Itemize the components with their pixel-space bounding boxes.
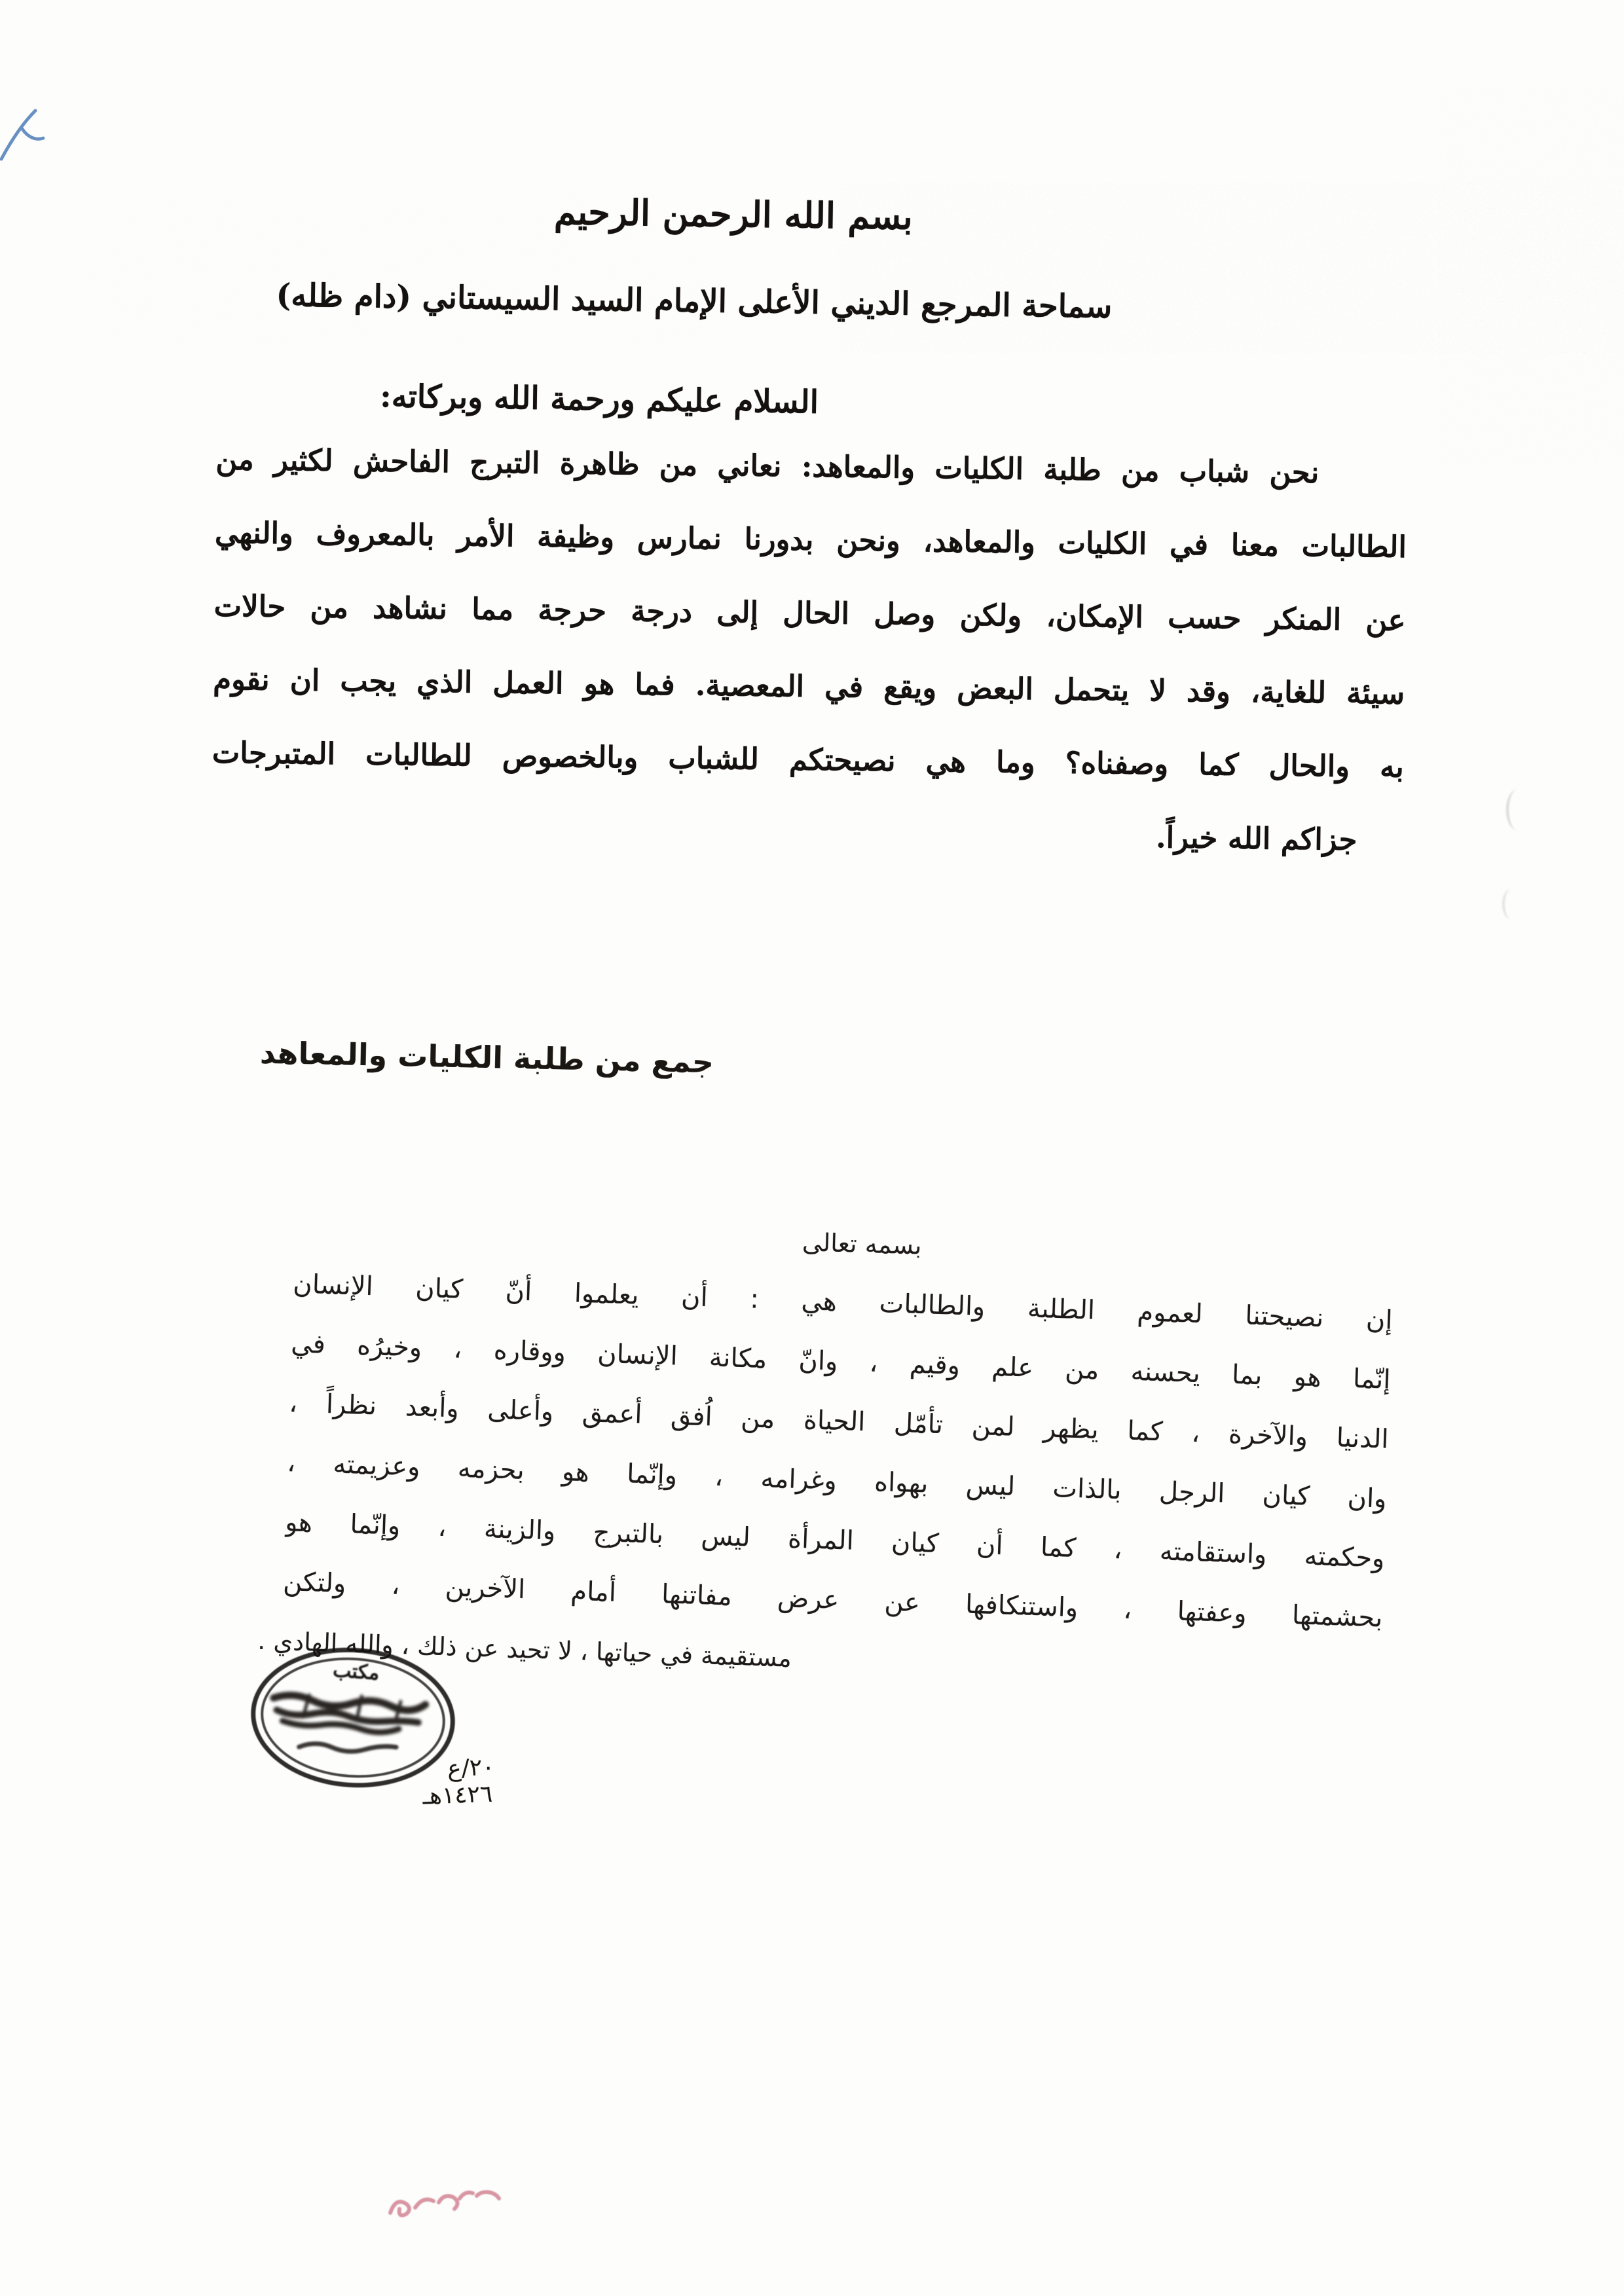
red-scribble-stroke <box>477 2192 499 2198</box>
red-ink-scribble <box>386 2184 504 2233</box>
date-year: ١٤٢٦هـ <box>392 1779 523 1811</box>
date-day: ٢٠/ع <box>405 1753 537 1784</box>
red-scribble-stroke <box>460 2193 473 2198</box>
response-paragraph: إن نصيحتنا لعموم الطلبة والطالبات هي : أ… <box>280 1254 1393 1707</box>
scanner-noise-band <box>1473 746 1624 962</box>
scanner-noise-band <box>1438 84 1624 467</box>
question-line: سيئة للغاية، وقد لا يتحمل البعض ويقع في … <box>213 643 1405 731</box>
red-scribble-stroke <box>390 2202 409 2215</box>
petitioners-signature: جمع من طلبة الكليات والمعاهد <box>259 1035 714 1080</box>
scan-artifact-arc <box>1502 889 1519 919</box>
question-line: عن المنكر حسب الإمكان، ولكن وصل الحال إل… <box>213 570 1406 657</box>
basmala-line: بسم الله الرحمن الرحيم <box>0 183 1467 245</box>
red-scribble-stroke <box>415 2200 434 2208</box>
scanned-letter-page: بسم الله الرحمن الرحيم سماحة المرجع الدي… <box>0 0 1624 2296</box>
question-closing-line: جزاكم الله خيراً. <box>211 790 1403 877</box>
red-scribble-stroke <box>439 2196 458 2209</box>
scan-artifact-arc <box>1506 790 1528 830</box>
salutation-line: السلام عليكم ورحمة الله وبركاته: <box>0 373 1198 426</box>
seal-smudge-stroke <box>273 1694 425 1712</box>
question-line: الطالبات معنا في الكليات والمعاهد، ونحن … <box>214 496 1407 584</box>
blue-pen-mark <box>0 101 62 164</box>
question-paragraph: نحن شباب من طلبة الكليات والمعاهد: نعاني… <box>211 423 1408 877</box>
addressee-line: سماحة المرجع الديني الأعلى الإمام السيد … <box>0 273 1388 329</box>
scanner-noise-band <box>354 97 635 179</box>
date-annotation: ٢٠/ع ١٤٢٦هـ <box>405 1753 538 1811</box>
question-line: به والحال كما وصفناه؟ وما هي نصيحتكم للش… <box>212 716 1404 804</box>
blue-pen-hook <box>22 129 43 139</box>
response-opening: بسمه تعالى <box>802 1228 923 1260</box>
question-line: نحن شباب من طلبة الكليات والمعاهد: نعاني… <box>215 423 1408 511</box>
seal-smudge-bottom-line <box>299 1740 396 1755</box>
